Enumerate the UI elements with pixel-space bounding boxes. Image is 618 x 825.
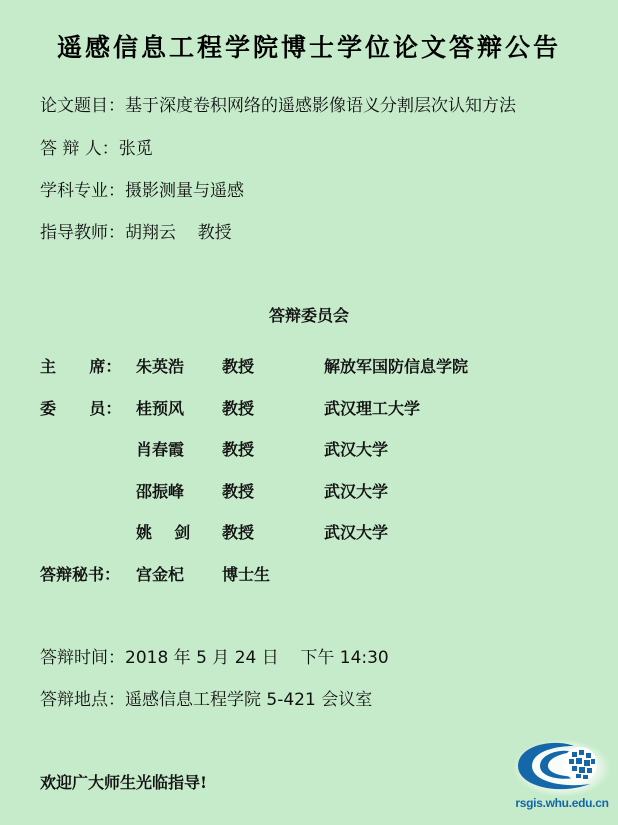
committee-heading: 答辩委员会 bbox=[0, 303, 618, 326]
page-title: 遥感信息工程学院博士学位论文答辩公告 bbox=[0, 28, 618, 64]
committee-name: 朱英浩 bbox=[136, 356, 184, 378]
committee-role: 主 席： bbox=[40, 356, 130, 378]
committee-name: 邵振峰 bbox=[136, 481, 184, 503]
rsgis-globe-logo-icon bbox=[512, 738, 612, 796]
committee-role: 答辩秘书： bbox=[40, 564, 130, 586]
committee-org: 武汉大学 bbox=[324, 481, 388, 503]
committee-title: 教授 bbox=[222, 439, 254, 461]
rsgis-logo: rsgis.whu.edu.cn bbox=[512, 738, 612, 818]
committee-title: 教授 bbox=[222, 481, 254, 503]
committee-org: 武汉大学 bbox=[324, 522, 388, 544]
committee-name: 姚 剑 bbox=[136, 522, 190, 544]
major: 学科专业：摄影测量与遥感 bbox=[40, 180, 244, 202]
thesis-title: 论文题目：基于深度卷积网络的遥感影像语义分割层次认知方法 bbox=[40, 95, 516, 117]
advisor: 指导教师：胡翔云 教授 bbox=[40, 222, 232, 244]
candidate: 答 辩 人：张觅 bbox=[40, 138, 153, 160]
committee-title: 教授 bbox=[222, 356, 254, 378]
committee-name: 肖春霞 bbox=[136, 439, 184, 461]
committee-org: 解放军国防信息学院 bbox=[324, 356, 468, 378]
committee-title: 博士生 bbox=[222, 564, 270, 586]
defense-time: 答辩时间：2018 年 5 月 24 日 下午 14:30 bbox=[40, 647, 389, 669]
committee-org: 武汉大学 bbox=[324, 439, 388, 461]
committee-name: 宫金杞 bbox=[136, 564, 184, 586]
committee-title: 教授 bbox=[222, 398, 254, 420]
committee-role: 委 员： bbox=[40, 398, 130, 420]
welcome-message: 欢迎广大师生光临指导! bbox=[40, 770, 207, 793]
logo-url: rsgis.whu.edu.cn bbox=[512, 796, 612, 810]
committee-org: 武汉理工大学 bbox=[324, 398, 420, 420]
defense-place: 答辩地点：遥感信息工程学院 5-421 会议室 bbox=[40, 689, 372, 711]
committee-title: 教授 bbox=[222, 522, 254, 544]
committee-name: 桂预风 bbox=[136, 398, 184, 420]
